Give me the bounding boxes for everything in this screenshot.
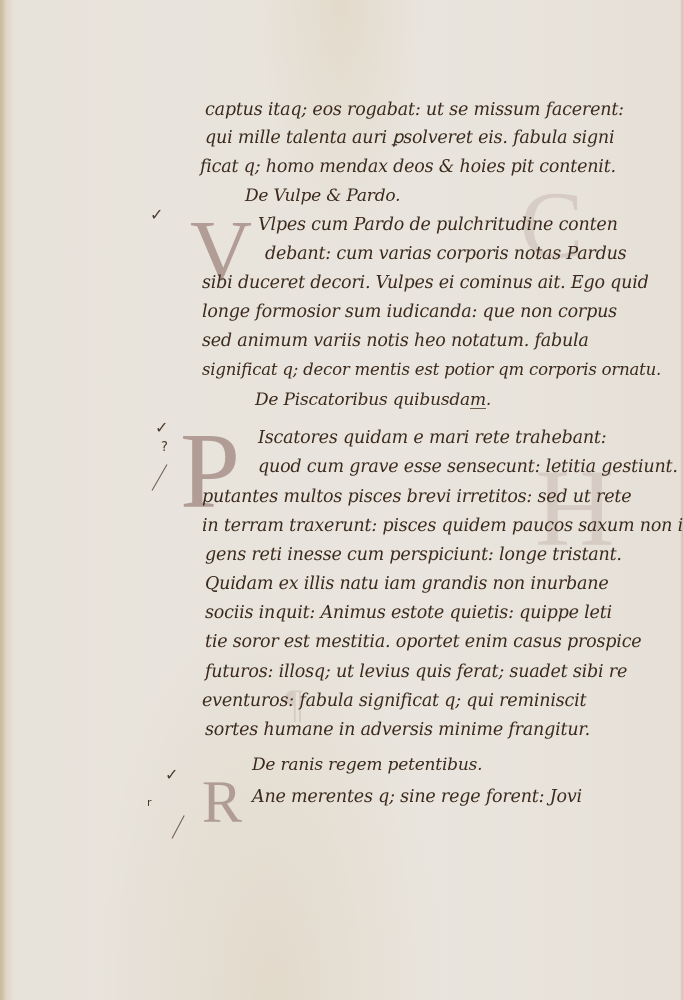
page-edge-left [0,0,6,1000]
text-line: eventuros: fabula significat q; qui remi… [202,691,586,711]
text-line: Vlpes cum Pardo de pulchritudine conten [258,215,618,235]
text-line: longe formosior sum iudicanda: que non c… [202,302,617,322]
section-heading: De Piscatoribus quibusdam. [255,390,491,410]
text-line: tie soror est mestitia. oportet enim cas… [205,632,641,652]
text-line: sibi duceret decori. Vulpes ei cominus a… [202,273,649,293]
text-line: sortes humane in adversis minime frangit… [205,720,590,740]
text-line: putantes multos pisces brevi irretitos: … [202,487,631,507]
text-line: ficat q; homo mendax deos & hoies pit co… [200,157,616,177]
checkmark-icon: ✓ [165,765,178,784]
text-line: Ane merentes q; sine rege forent: Jovi [252,787,582,807]
text-line: debant: cum varias corporis notas Pardus [265,244,626,264]
initial-r: R [202,768,242,837]
text-line: in terram traxerunt: pisces quidem pauco… [202,516,683,536]
margin-stroke [172,815,185,838]
margin-stroke [152,464,168,490]
section-heading: De Vulpe & Pardo. [245,186,400,206]
margin-stroke [470,408,486,409]
text-line: sociis inquit: Animus estote quietis: qu… [205,603,612,623]
text-line: qui mille talenta auri ꝑsolveret eis. fa… [205,128,614,148]
text-line: quod cum grave esse sensecunt: letitia g… [258,457,678,477]
margin-r-mark: r [147,796,152,809]
text-line: gens reti inesse cum perspiciunt: longe … [205,545,622,565]
text-line: Iscatores quidam e mari rete trahebant: [258,428,606,448]
checkmark-icon: ✓ [150,205,163,224]
text-line: Quidam ex illis natu iam grandis non inu… [205,574,609,594]
text-line: captus itaq; eos rogabat: ut se missum f… [205,100,624,120]
text-line: futuros: illosq; ut levius quis ferat; s… [205,662,627,682]
question-mark-icon: ? [161,440,168,455]
section-heading: De ranis regem petentibus. [252,755,482,775]
text-line: sed animum variis notis heo notatum. fab… [202,331,589,351]
manuscript-page: C H ¶ captus itaq; eos rogabat: ut se mi… [0,0,683,1000]
checkmark-icon: ✓ [155,418,168,437]
text-line: significat q; decor mentis est potior qm… [202,360,661,379]
